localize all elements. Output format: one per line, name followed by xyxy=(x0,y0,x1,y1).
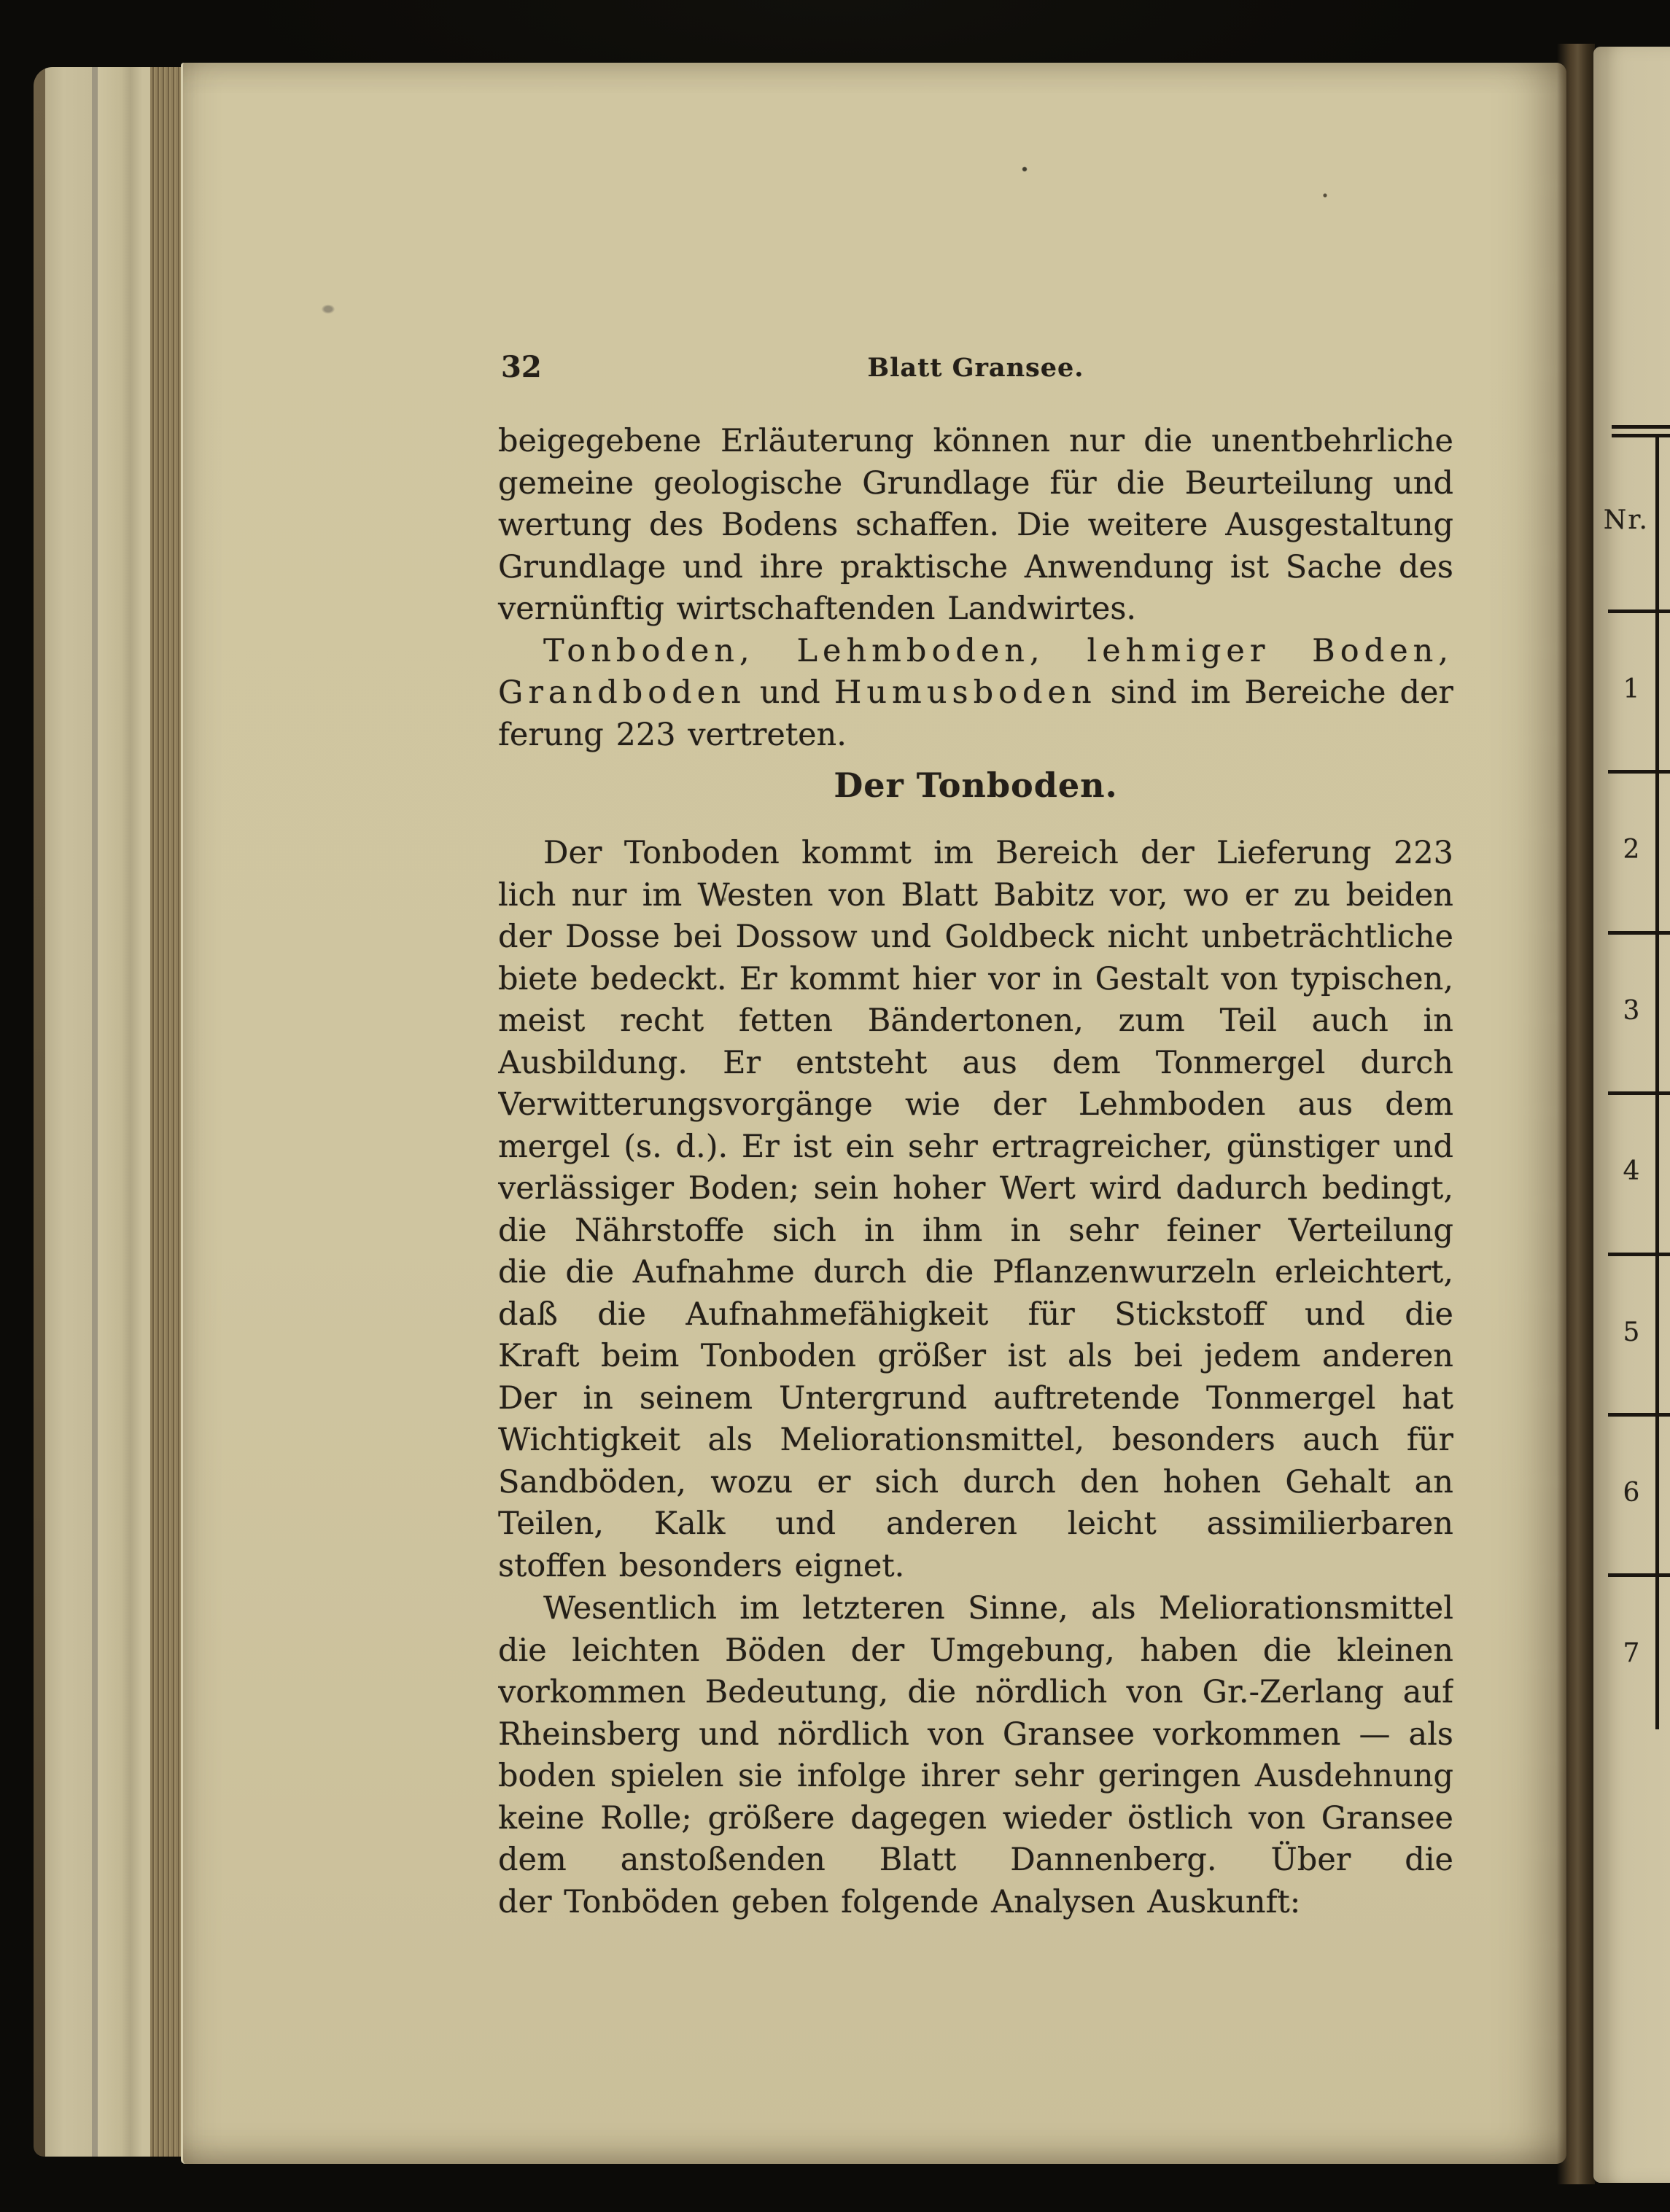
text-line: die leichten Böden der Umgebung, haben d… xyxy=(498,1630,1453,1672)
cover-edge xyxy=(34,67,45,2157)
table-vertical-rule xyxy=(1655,436,1659,1729)
paragraph: beigegebene Erläuterung können nur die u… xyxy=(498,421,1453,756)
table-row-number: 5 xyxy=(1615,1317,1647,1347)
text-line: beigegebene Erläuterung können nur die u… xyxy=(498,421,1453,463)
text-line: keine Rolle; größere dagegen wieder östl… xyxy=(498,1798,1453,1840)
text-line: daß die Aufnahmefähigkeit für Stickstoff… xyxy=(498,1294,1453,1336)
table-row-rule xyxy=(1608,1413,1670,1417)
section-heading: Der Tonboden. xyxy=(498,766,1453,805)
text-line: biete bedeckt. Er kommt hier vor in Gest… xyxy=(498,959,1453,1001)
table-row-rule xyxy=(1608,610,1670,613)
table-row-number: 6 xyxy=(1615,1478,1647,1508)
book-gutter-shadow xyxy=(1557,44,1595,2184)
text-line: Verwitterungsvorgänge wie der Lehmboden … xyxy=(498,1084,1453,1126)
text-line: die Nährstoffe sich in ihm in sehr feine… xyxy=(498,1210,1453,1253)
text-line: Ausbildung. Er entsteht aus dem Tonmerge… xyxy=(498,1043,1453,1085)
text-line: der Tonböden geben folgende Analysen Aus… xyxy=(498,1882,1453,1924)
text-line: Der in seinem Untergrund auftretende Ton… xyxy=(498,1378,1453,1420)
text-line: Sandböden, wozu er sich durch den hohen … xyxy=(498,1462,1453,1504)
page-stack-edge xyxy=(34,67,181,2157)
text-line: ferung 223 vertreten. xyxy=(498,714,1453,757)
text-line: Der Tonboden kommt im Bereich der Liefer… xyxy=(498,833,1453,875)
running-header: Blatt Gransee. xyxy=(498,353,1453,383)
next-page-sliver: Nr. 1234567 xyxy=(1593,47,1670,2183)
text-line: dem anstoßenden Blatt Dannenberg. Über d… xyxy=(498,1839,1453,1882)
paragraph: Der Tonboden kommt im Bereich der Liefer… xyxy=(498,833,1453,1587)
text-line: verlässiger Boden; sein hoher Wert wird … xyxy=(498,1168,1453,1210)
table-row-number: 3 xyxy=(1615,996,1647,1026)
text-line: Rheinsberg und nördlich von Gransee vork… xyxy=(498,1714,1453,1756)
text-line: vorkommen Bedeutung, die nördlich von Gr… xyxy=(498,1672,1453,1714)
text-line: Tonboden, Lehmboden, lehmiger Boden, San… xyxy=(498,631,1453,673)
text-line: gemeine geologische Grundlage für die Be… xyxy=(498,463,1453,505)
text-line: Kraft beim Tonboden größer ist als bei j… xyxy=(498,1336,1453,1378)
table-double-rule-top xyxy=(1612,425,1670,429)
table-row-number: 2 xyxy=(1615,835,1647,865)
text-line: meist recht fetten Bändertonen, zum Teil… xyxy=(498,1000,1453,1043)
text-line: Grandboden und Humusboden sind im Bereic… xyxy=(498,672,1453,714)
text-line: der Dosse bei Dossow und Goldbeck nicht … xyxy=(498,916,1453,959)
text-line: die die Aufnahme durch die Pflanzenwurze… xyxy=(498,1252,1453,1294)
scanned-page: 32 Blatt Gransee. Der Tonboden. beigegeb… xyxy=(181,63,1566,2164)
page-edge-band xyxy=(45,67,92,2157)
table-row-number: 4 xyxy=(1615,1156,1647,1186)
page-edge-band xyxy=(98,67,150,2157)
table-row-rule xyxy=(1608,931,1670,935)
text-line: Wesentlich im letzteren Sinne, als Melio… xyxy=(498,1588,1453,1630)
table-header-nr: Nr. xyxy=(1593,505,1649,535)
paragraph: Wesentlich im letzteren Sinne, als Melio… xyxy=(498,1588,1453,1923)
table-row-rule xyxy=(1608,1573,1670,1577)
page-edge-line xyxy=(92,67,98,2157)
text-line: wertung des Bodens schaffen. Die weitere… xyxy=(498,505,1453,547)
table-row-number: 7 xyxy=(1615,1638,1647,1668)
table-row-rule xyxy=(1608,770,1670,774)
table-row-rule xyxy=(1608,1091,1670,1095)
text-line: Grundlage und ihre praktische Anwendung … xyxy=(498,547,1453,589)
text-line: stoffen besonders eignet. xyxy=(498,1546,1453,1588)
book-scan: 32 Blatt Gransee. Der Tonboden. beigegeb… xyxy=(0,0,1670,2212)
text-line: boden spielen sie infolge ihrer sehr ger… xyxy=(498,1756,1453,1798)
text-line: Teilen, Kalk und anderen leicht assimili… xyxy=(498,1503,1453,1546)
text-line: vernünftig wirtschaftenden Landwirtes. xyxy=(498,588,1453,631)
text-line: lich nur im Westen von Blatt Babitz vor,… xyxy=(498,875,1453,917)
compressed-page-edges xyxy=(150,67,181,2157)
text-line: Wichtigkeit als Meliorationsmittel, beso… xyxy=(498,1420,1453,1462)
table-double-rule-bottom xyxy=(1612,434,1670,437)
table-row-number: 1 xyxy=(1615,674,1647,704)
text-line: mergel (s. d.). Er ist ein sehr ertragre… xyxy=(498,1126,1453,1169)
table-row-rule xyxy=(1608,1253,1670,1256)
